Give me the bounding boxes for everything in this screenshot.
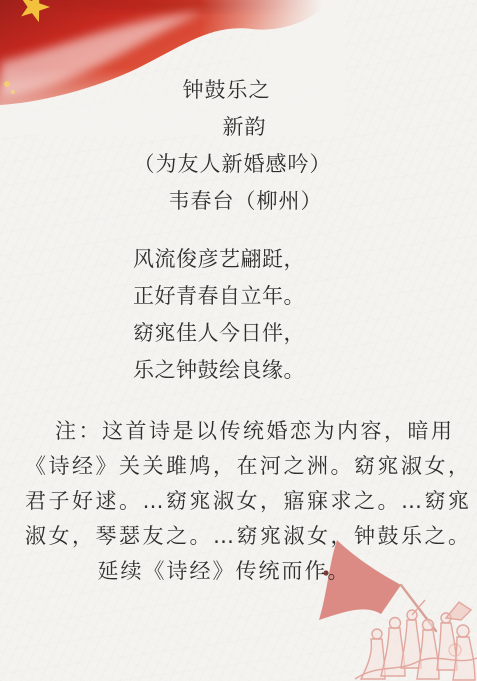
note-line: 淑女，琴瑟友之。…窈宨淑女，钟鼓乐之。 [25, 519, 457, 554]
poem-header: 钟鼓乐之 新韵 （为友人新婚感吟） 韦春台（柳州） [0, 72, 477, 220]
poem-line: 乐之钟鼓绘良缘。 [133, 352, 305, 389]
note-line: 注：这首诗是以传统婚恋为内容，暗用 [25, 414, 457, 449]
poem-card: 钟鼓乐之 新韵 （为友人新婚感吟） 韦春台（柳州） 风流俊彦艺翩跹， 正好青春自… [0, 0, 477, 681]
poem-dedication: （为友人新婚感吟） [0, 146, 471, 183]
poem-subtitle: 新韵 [6, 109, 477, 146]
poem-line: 窈宨佳人今日伴， [133, 315, 305, 352]
note-line: 君子好逑。…窈宨淑女，寤寐求之。…窈宨 [25, 484, 457, 519]
poem-author: 韦春台（柳州） [7, 183, 477, 220]
poem-note: 注：这首诗是以传统婚恋为内容，暗用 《诗经》关关雎鸠，在河之洲。窈宨淑女， 君子… [25, 414, 457, 589]
sketch-figures [355, 600, 477, 680]
poem-line: 正好青春自立年。 [133, 278, 305, 315]
poem-line: 风流俊彦艺翩跹， [133, 241, 305, 278]
note-line: 延续《诗经》传统而作。 [8, 554, 440, 589]
flag-star-icon [21, 0, 50, 22]
poem-body: 风流俊彦艺翩跹， 正好青春自立年。 窈宨佳人今日伴， 乐之钟鼓绘良缘。 [133, 241, 305, 389]
note-line: 《诗经》关关雎鸠，在河之洲。窈宨淑女， [25, 449, 457, 484]
poem-title: 钟鼓乐之 [0, 72, 465, 109]
